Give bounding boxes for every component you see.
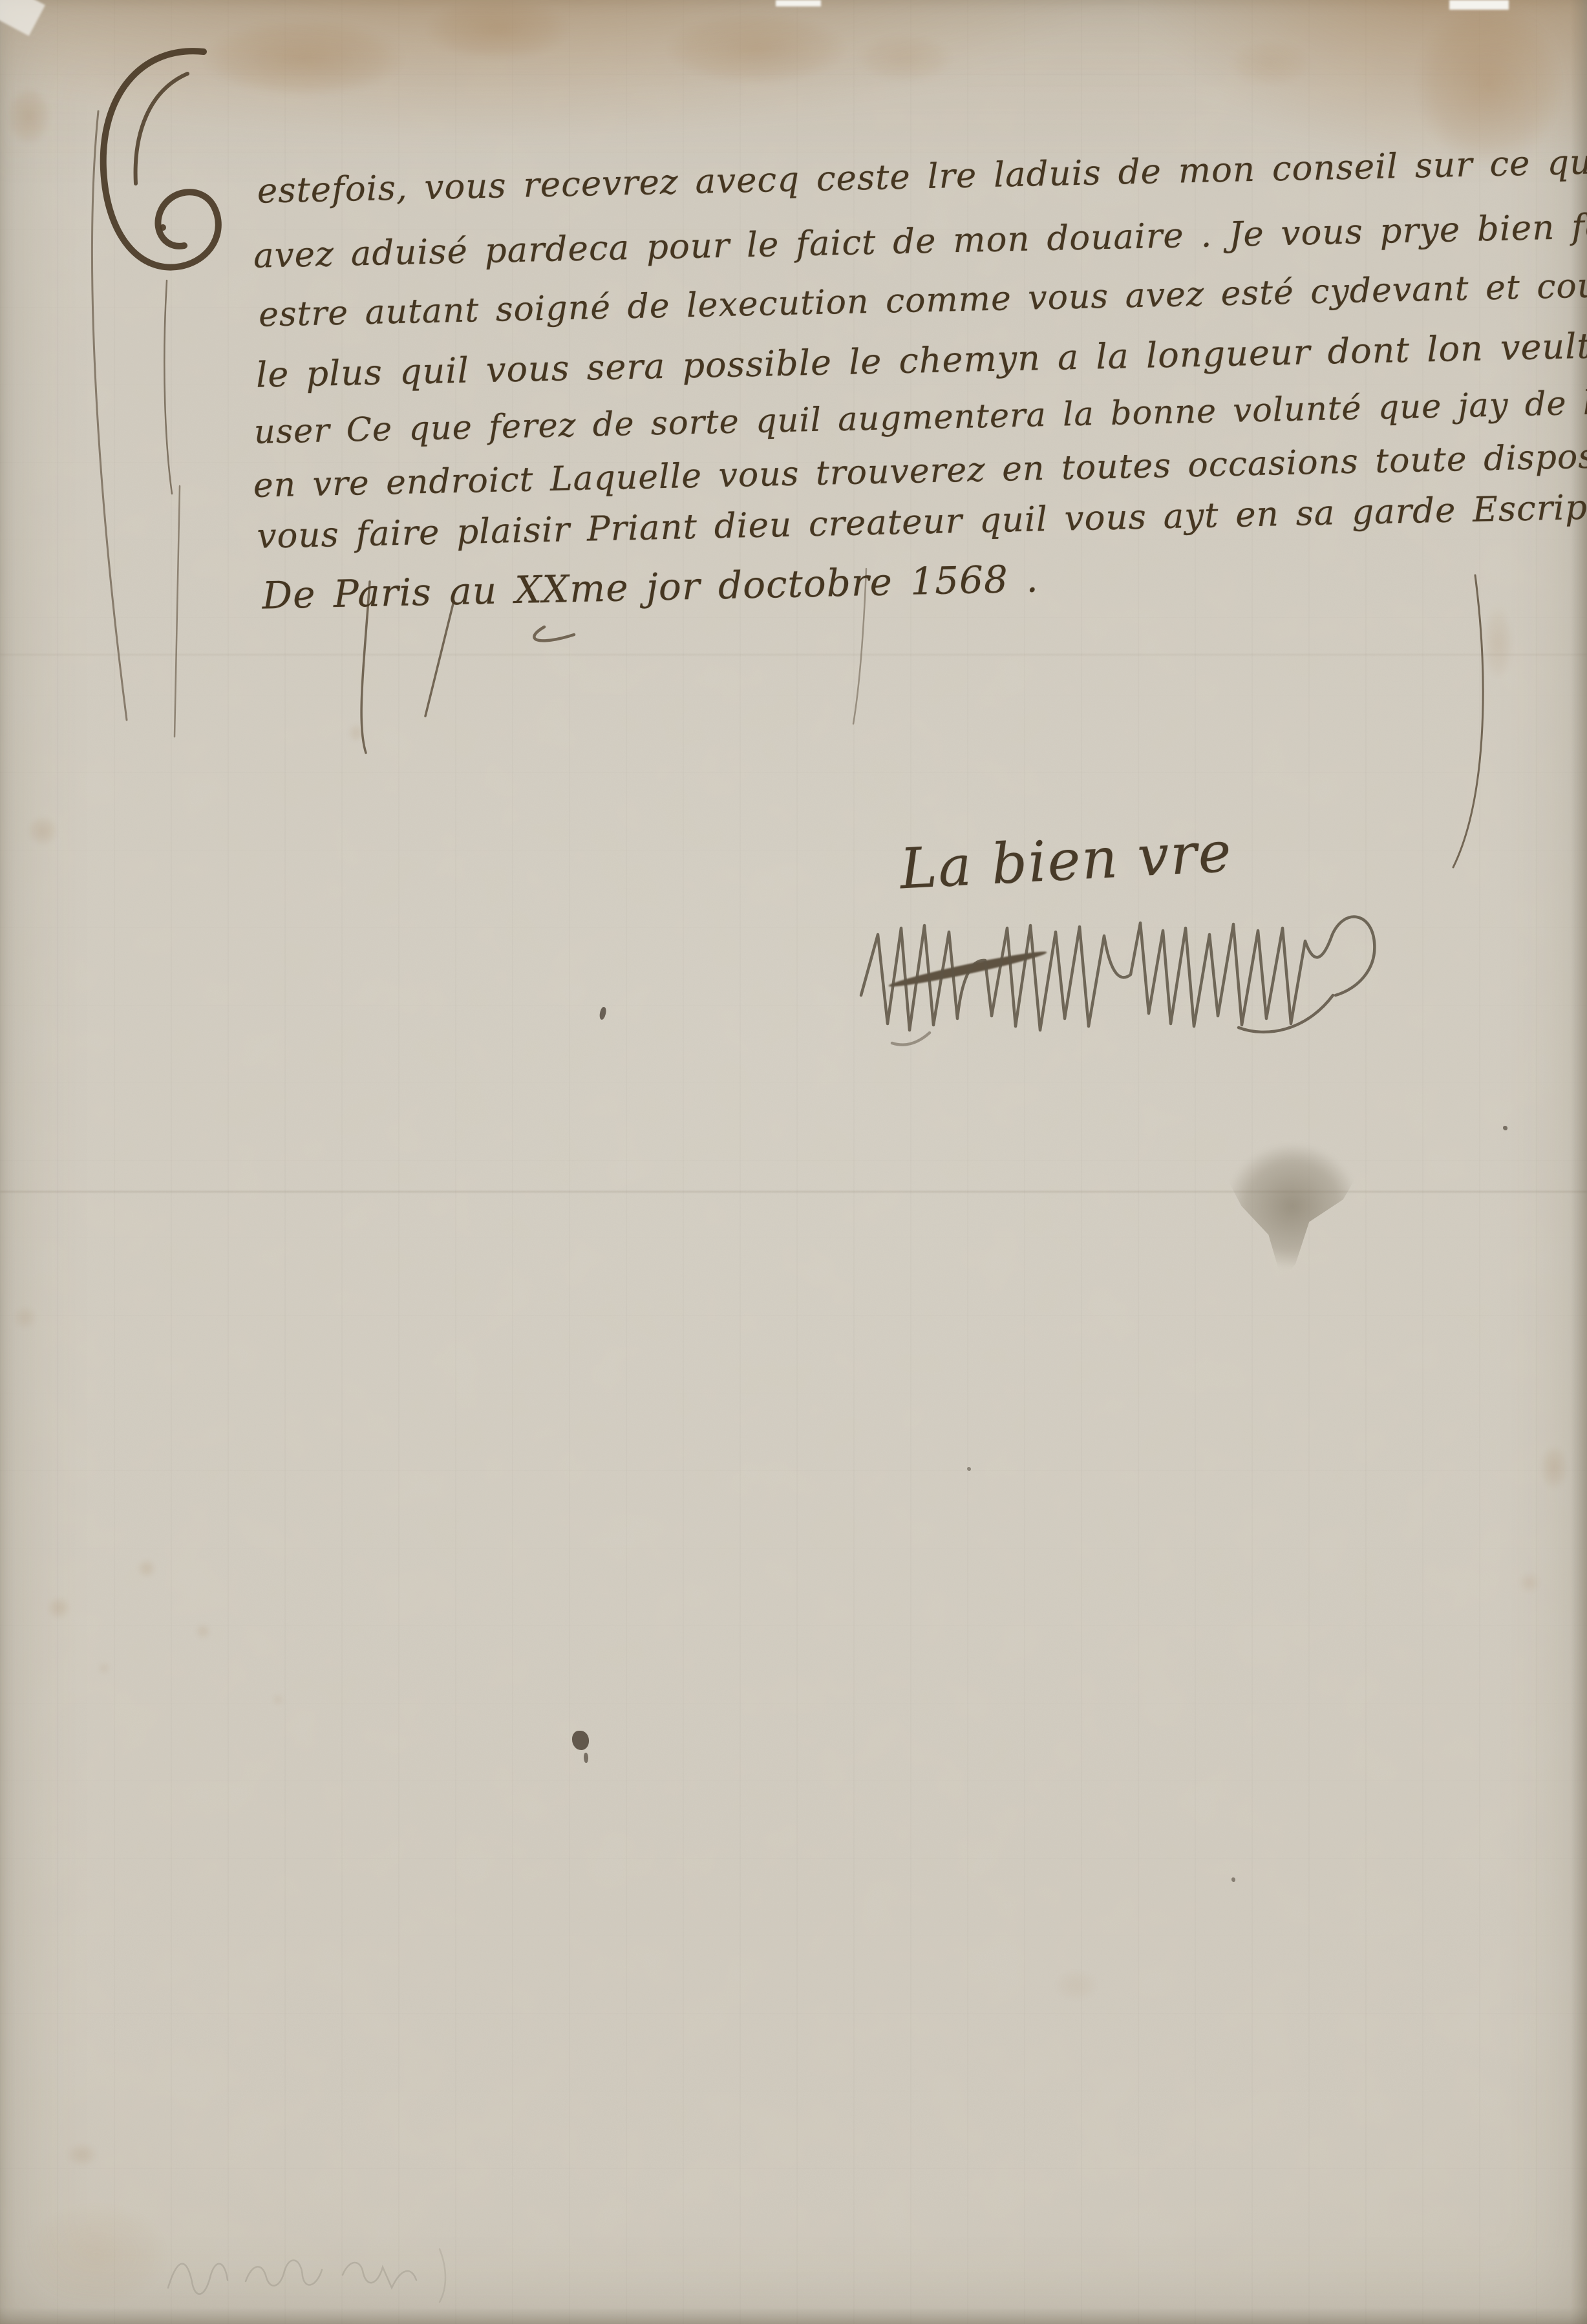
manuscript-line: user Ce que ferez de sorte quil augmente… [253, 381, 1587, 451]
foxing-stain [1516, 1569, 1543, 1596]
signature-flourish [852, 897, 1414, 1049]
foxing-stain [44, 1593, 74, 1623]
manuscript-line: estre autant soigné de lexecution comme … [258, 265, 1587, 335]
foxing-stain [1047, 1965, 1105, 2006]
fold-crease [0, 1191, 1587, 1192]
ink-speck [599, 1006, 608, 1020]
foxing-stain [134, 1556, 159, 1581]
water-stain [1208, 1126, 1377, 1286]
manuscript-line: avez aduisé pardeca pour le faict de mon… [253, 206, 1587, 276]
manuscript-line: estefois, vous recevrez avecq ceste lre … [257, 142, 1587, 211]
foxing-stain [1535, 1438, 1573, 1497]
manuscript-page: estefois, vous recevrez avecq ceste lre … [0, 0, 1587, 2324]
foxing-stain [193, 1621, 213, 1642]
ink-speck [967, 1467, 971, 1471]
ink-speck [584, 1753, 588, 1763]
foxing-stain [96, 1660, 112, 1676]
ink-speck [1503, 1126, 1507, 1130]
foxing-stain [61, 2139, 103, 2170]
foxing-stain [23, 811, 63, 851]
manuscript-line: le plus quil vous sera possible le chemy… [255, 326, 1587, 396]
foxing-stain [270, 1692, 286, 1707]
pencil-note [155, 2230, 491, 2314]
foxing-stain [10, 1302, 41, 1333]
ink-blot [572, 1731, 589, 1750]
ink-speck [1231, 1877, 1235, 1882]
